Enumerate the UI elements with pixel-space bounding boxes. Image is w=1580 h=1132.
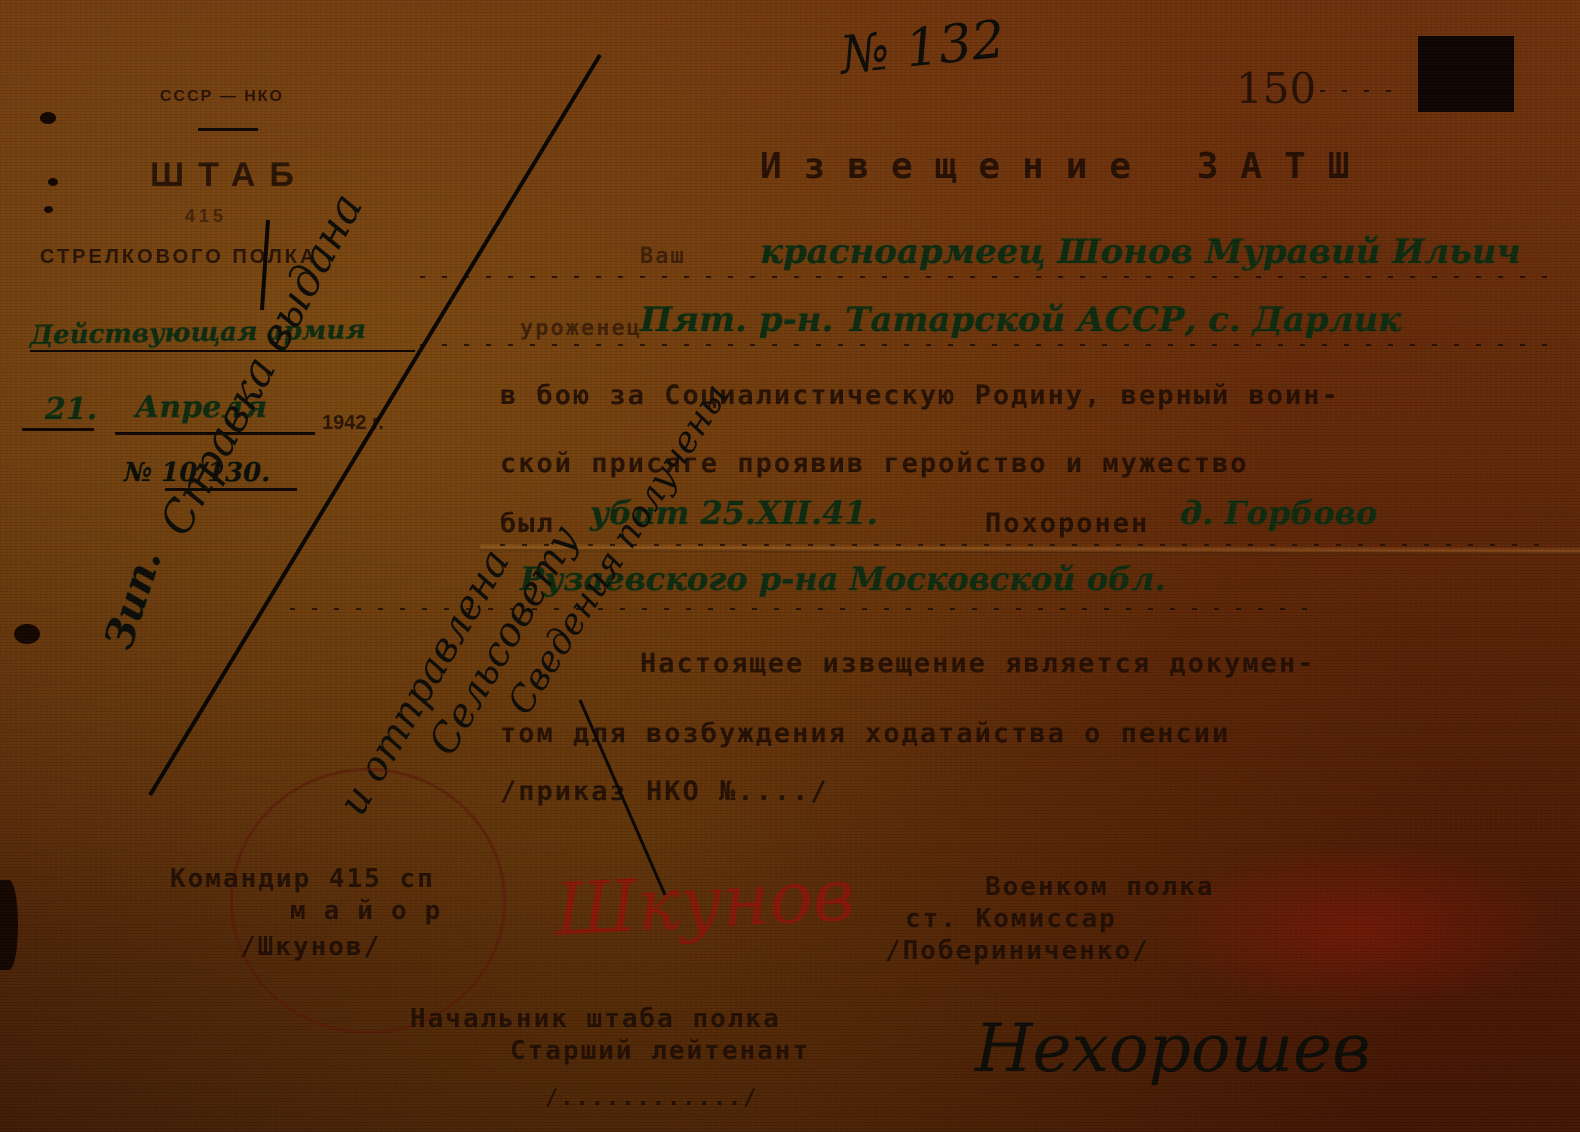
document-page: СССР — НКО ШТАБ 415 СТРЕЛКОВОГО ПОЛКА Де… [0, 0, 1580, 1132]
commissar-title: Военком полка [985, 872, 1215, 902]
chief-rank: Старший лейтенант [510, 1036, 810, 1066]
chief-signature: Нехорошев [975, 1010, 1371, 1087]
commander-title: Командир 415 сп [170, 864, 435, 894]
commissar-rank: ст. Комиссар [905, 904, 1117, 934]
commander-name: /Шкунов/ [240, 932, 381, 962]
red-stamp-smudge [1150, 840, 1570, 1020]
chief-name: /............/ [545, 1086, 758, 1111]
commander-rank: майор [290, 896, 458, 926]
chief-title: Начальник штаба полка [410, 1004, 781, 1034]
commissar-name: /Побериниченко/ [885, 936, 1150, 966]
commander-signature: Шкунов [553, 852, 857, 952]
